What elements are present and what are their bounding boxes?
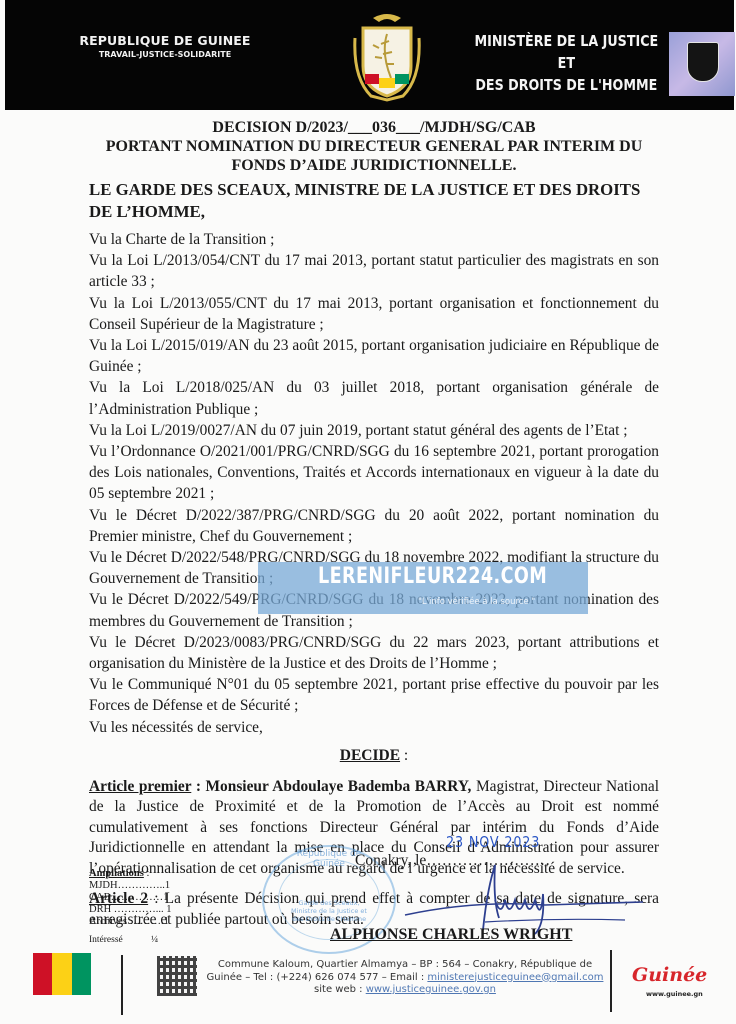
- visa-item: Vu la Charte de la Transition ;: [89, 229, 659, 250]
- guinee-brand-url: www.guinee.gn: [646, 990, 703, 998]
- article-1-label: Article premier: [89, 778, 191, 795]
- ministry-title-line2: DES DROITS DE L'HOMME: [470, 74, 663, 96]
- issuing-authority: LE GARDE DES SCEAUX, MINISTRE DE LA JUST…: [89, 179, 659, 223]
- footer-email-link[interactable]: ministerejusticeguinee@gmail.com: [427, 972, 603, 983]
- footer-divider: [610, 950, 612, 1012]
- visa-item: Vu le Communiqué N°01 du 05 septembre 20…: [89, 674, 659, 716]
- ministry-heading: MINISTÈRE DE LA JUSTICE ET DES DROITS DE…: [470, 30, 663, 96]
- visa-item: Vu la Loi L/2015/019/AN du 23 août 2015,…: [89, 335, 659, 377]
- ampliations-block: Ampliations : MJDH…………..1 CAB……………1 DRH …: [89, 868, 172, 946]
- qr-code-icon[interactable]: [157, 956, 197, 996]
- visa-item: Vu le Décret D/2022/387/PRG/CNRD/SGG du …: [89, 505, 659, 547]
- decide-heading: DECIDE :: [89, 747, 659, 765]
- stamp-inner-text: Garde des Sceaux, Ministre de la Justice…: [286, 899, 372, 923]
- appointee-name: Monsieur Abdoulaye Bademba BARRY,: [206, 778, 472, 795]
- decide-label: DECIDE: [340, 747, 400, 764]
- date-stamp: 23 NOV 2023: [446, 833, 540, 851]
- ampliation-item: DRH …………... 1: [89, 904, 172, 916]
- watermark-banner: LERENIFLEUR224.COM "L'info vérifiée à la…: [258, 562, 588, 614]
- letterhead-banner: REPUBLIQUE DE GUINEE TRAVAIL-JUSTICE-SOL…: [5, 0, 734, 110]
- signatory-name: ALPHONSE CHARLES WRIGHT: [330, 926, 572, 944]
- watermark-site: LERENIFLEUR224.COM: [318, 564, 547, 589]
- ministry-title-line1: MINISTÈRE DE LA JUSTICE ET: [470, 30, 663, 74]
- footer-contact: Commune Kaloum, Quartier Almamya – BP : …: [205, 959, 605, 997]
- decision-subject-line1: PORTANT NOMINATION DU DIRECTEUR GENERAL …: [89, 137, 659, 156]
- footer-divider: [121, 955, 123, 1015]
- visa-item: Vu le Décret D/2023/0083/PRG/CNRD/SGG du…: [89, 632, 659, 674]
- visa-item: Vu la Loi L/2018/025/AN du 03 juillet 20…: [89, 377, 659, 419]
- decision-subject-line2: FONDS D’AIDE JURIDICTIONNELLE.: [89, 156, 659, 175]
- footer-address: Commune Kaloum, Quartier Almamya – BP : …: [205, 959, 605, 972]
- visa-item: Vu l’Ordonnance O/2021/001/PRG/CNRD/SGG …: [89, 441, 659, 505]
- decision-document: DECISION D/2023/___036___/MJDH/SG/CAB PO…: [89, 118, 659, 930]
- interesse-row: Intéressé¼: [89, 934, 172, 946]
- guinea-coat-of-arms-icon: [351, 8, 423, 104]
- visas-list: Vu la Charte de la Transition ; Vu la Lo…: [89, 229, 659, 738]
- visa-item: Vu les nécessités de service,: [89, 717, 659, 738]
- republic-title: REPUBLIQUE DE GUINEE: [75, 33, 255, 48]
- ministry-emblem-icon: [669, 32, 735, 96]
- footer-website-link[interactable]: www.justiceguinee.gov.gn: [366, 984, 496, 995]
- ampliation-item: CAB……………1: [89, 892, 172, 904]
- visa-item: Vu la Loi L/2013/054/CNT du 17 mai 2013,…: [89, 250, 659, 292]
- visa-item: Vu la Loi L/2013/055/CNT du 17 mai 2013,…: [89, 293, 659, 335]
- decision-number: DECISION D/2023/___036___/MJDH/SG/CAB: [89, 118, 659, 137]
- republic-motto: TRAVAIL-JUSTICE-SOLIDARITE: [75, 50, 255, 59]
- watermark-tagline: "L'info vérifiée à la source ": [418, 597, 535, 607]
- guinee-brand-logo: Guinée: [632, 964, 707, 986]
- ampliation-item: MJDH…………..1: [89, 880, 172, 892]
- guinea-flag-icon: [33, 953, 91, 995]
- ampliation-item: Archives ……….1: [89, 916, 172, 928]
- republic-heading: REPUBLIQUE DE GUINEE TRAVAIL-JUSTICE-SOL…: [75, 33, 255, 59]
- ampliations-heading: Ampliations: [89, 868, 144, 879]
- visa-item: Vu la Loi L/2019/0027/AN du 07 juin 2019…: [89, 420, 659, 441]
